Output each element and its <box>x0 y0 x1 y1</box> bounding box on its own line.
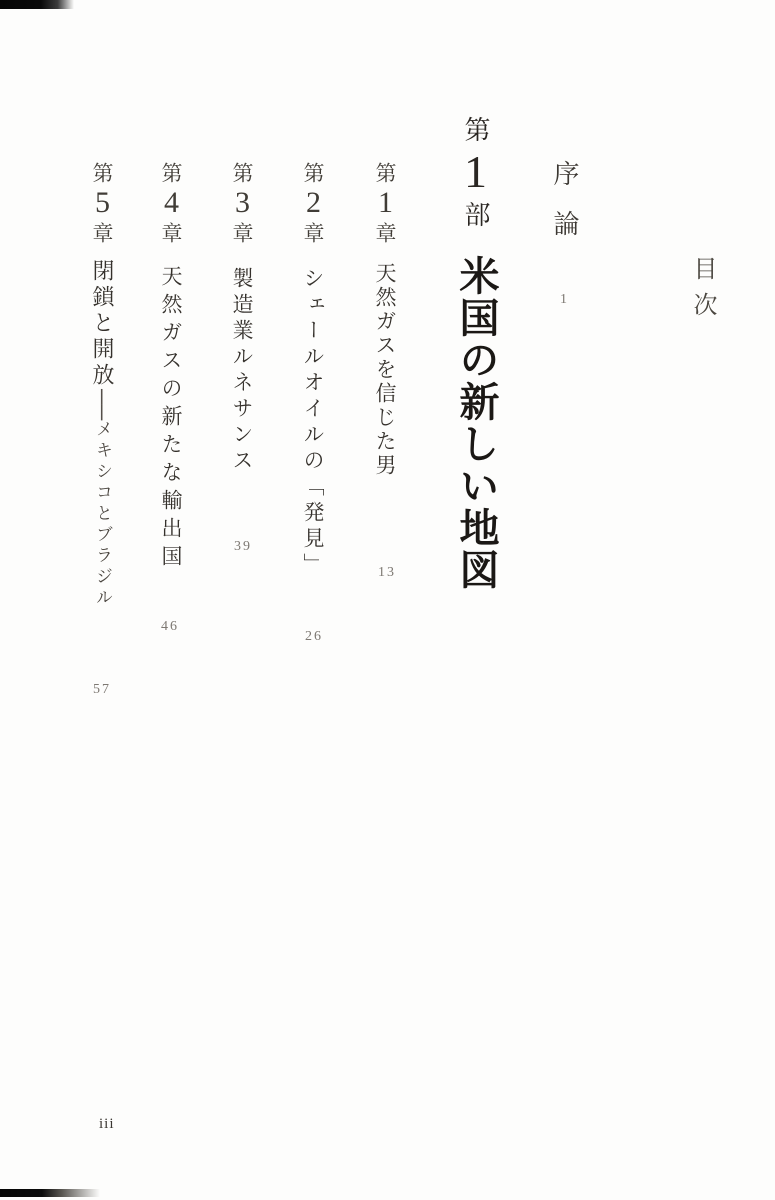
chapter-2-label: 第2章 <box>298 162 328 246</box>
chapter-1-title: 天然ガスを信じた男 <box>374 262 395 478</box>
part-prefix: 第 <box>461 116 490 146</box>
folio-page-number: iii <box>99 1117 115 1132</box>
chapter-2-number: 2 <box>297 186 330 222</box>
toc-page: 目次 序論 1 第1部 米国の新しい地図 第1章 天然ガスを信じた男 13 第2… <box>0 0 775 1200</box>
chapter-3-title: 製造業ルネサンス <box>231 267 252 475</box>
part-suffix: 部 <box>461 201 490 231</box>
chapter-3-prefix: 第 <box>230 162 254 186</box>
intro-page-number: 1 <box>560 293 569 307</box>
intro-title: 序論 <box>551 160 577 260</box>
chapter-1-number: 1 <box>369 186 402 222</box>
chapter-5-dash: ── <box>90 389 115 420</box>
chapter-3-suffix: 章 <box>230 222 254 246</box>
chapter-1-page-number: 13 <box>378 566 396 580</box>
chapter-1-label: 第1章 <box>370 162 400 246</box>
scan-artifact-top-left <box>0 0 74 9</box>
chapter-3-number: 3 <box>226 186 259 222</box>
chapter-2-page-number: 26 <box>305 630 323 644</box>
chapter-4-title: 天然ガスの新たな輸出国 <box>160 265 181 573</box>
chapter-5-label: 第5章 <box>87 162 117 246</box>
chapter-2-title: シェールオイルの「発見」 <box>302 267 323 579</box>
chapter-3-page-number: 39 <box>234 540 252 554</box>
chapter-1-prefix: 第 <box>373 162 397 186</box>
chapter-4-page-number: 46 <box>161 620 179 634</box>
chapter-2-prefix: 第 <box>301 162 325 186</box>
chapter-3-label: 第3章 <box>227 162 257 246</box>
chapter-5-main-title: 閉鎖と開放 <box>90 259 115 389</box>
chapter-5-title: 閉鎖と開放──メキシコとブラジル <box>91 259 113 609</box>
chapter-5-prefix: 第 <box>90 162 114 186</box>
part-title: 米国の新しい地図 <box>456 255 496 591</box>
chapter-2-suffix: 章 <box>301 222 325 246</box>
part-label: 第1部 <box>452 116 498 231</box>
chapter-5-number: 5 <box>86 186 119 222</box>
chapter-5-page-number: 57 <box>93 683 111 697</box>
chapter-4-number: 4 <box>155 186 188 222</box>
part-number: 1 <box>450 146 501 201</box>
chapter-1-suffix: 章 <box>373 222 397 246</box>
toc-heading: 目次 <box>690 256 714 328</box>
chapter-5-suffix: 章 <box>90 222 114 246</box>
chapter-4-suffix: 章 <box>159 222 183 246</box>
scan-artifact-bottom-left <box>0 1189 100 1197</box>
chapter-4-prefix: 第 <box>159 162 183 186</box>
chapter-4-label: 第4章 <box>156 162 186 246</box>
chapter-5-subtitle: メキシコとブラジル <box>93 420 112 609</box>
